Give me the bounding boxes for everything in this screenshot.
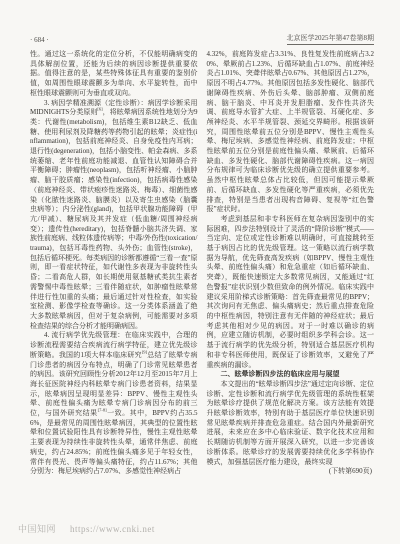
paragraph: 考虑到基层和非专科医师在复杂病因鉴别中的实际困难，四步法特别设计了灵活的“降阶诊…	[207, 215, 375, 370]
cnki-watermark: 中国知网 https://www.cnki.net	[18, 522, 155, 535]
cnki-watermark-name: 中国知网	[18, 522, 56, 535]
page-number: · 684 ·	[30, 36, 49, 45]
citation-reference: [7-8]	[98, 408, 107, 413]
journal-page: · 684 · 北京医学2025年第47卷第8期 性。通过这一系统化的定位分析，…	[0, 0, 400, 544]
section-heading: 二、眩晕诊断四步法的临床应用与展望	[207, 370, 375, 380]
continuation-note: (下转第690页)	[207, 467, 375, 477]
paragraph: 4. 流行病学优先级管理：在临床实践中，合理的诊断流程需要结合疾病流行病学特征，…	[30, 331, 198, 477]
left-column: 性。通过这一系统化的定位分析，不仅能明确病变的具体解剖位置，还能为后续的病因诊断…	[30, 50, 198, 514]
citation-reference: [9]	[142, 349, 147, 354]
paragraph: 性。通过这一系统化的定位分析，不仅能明确病变的具体解剖位置，还能为后续的病因诊断…	[30, 50, 198, 99]
right-column: 4.32%，前庭阵发症占3.31%、良性复发性前庭病占3.20%、晕厥前占1.2…	[207, 50, 375, 514]
paragraph: 3. 病因学精准溯源（定性诊断）：病因学诊断采用MIDNIGHTS分类原则[6]…	[30, 99, 198, 332]
paragraph: 4.32%，前庭阵发症占3.31%、良性复发性前庭病占3.20%、晕厥前占1.2…	[207, 50, 375, 215]
article-body: 性。通过这一系统化的定位分析，不仅能明确病变的具体解剖位置，还能为后续的病因诊断…	[30, 50, 374, 514]
paragraph: 本文提出的“眩晕诊断四步法”通过定向诊断、定位诊断、定性诊断和流行病学优先级管理…	[207, 380, 375, 467]
journal-title: 北京医学2025年第47卷第8期	[287, 34, 375, 45]
citation-reference: [6]	[97, 107, 102, 112]
page-header: · 684 · 北京医学2025年第47卷第8期	[30, 34, 374, 45]
cnki-watermark-url: https://www.cnki.net	[70, 524, 155, 534]
